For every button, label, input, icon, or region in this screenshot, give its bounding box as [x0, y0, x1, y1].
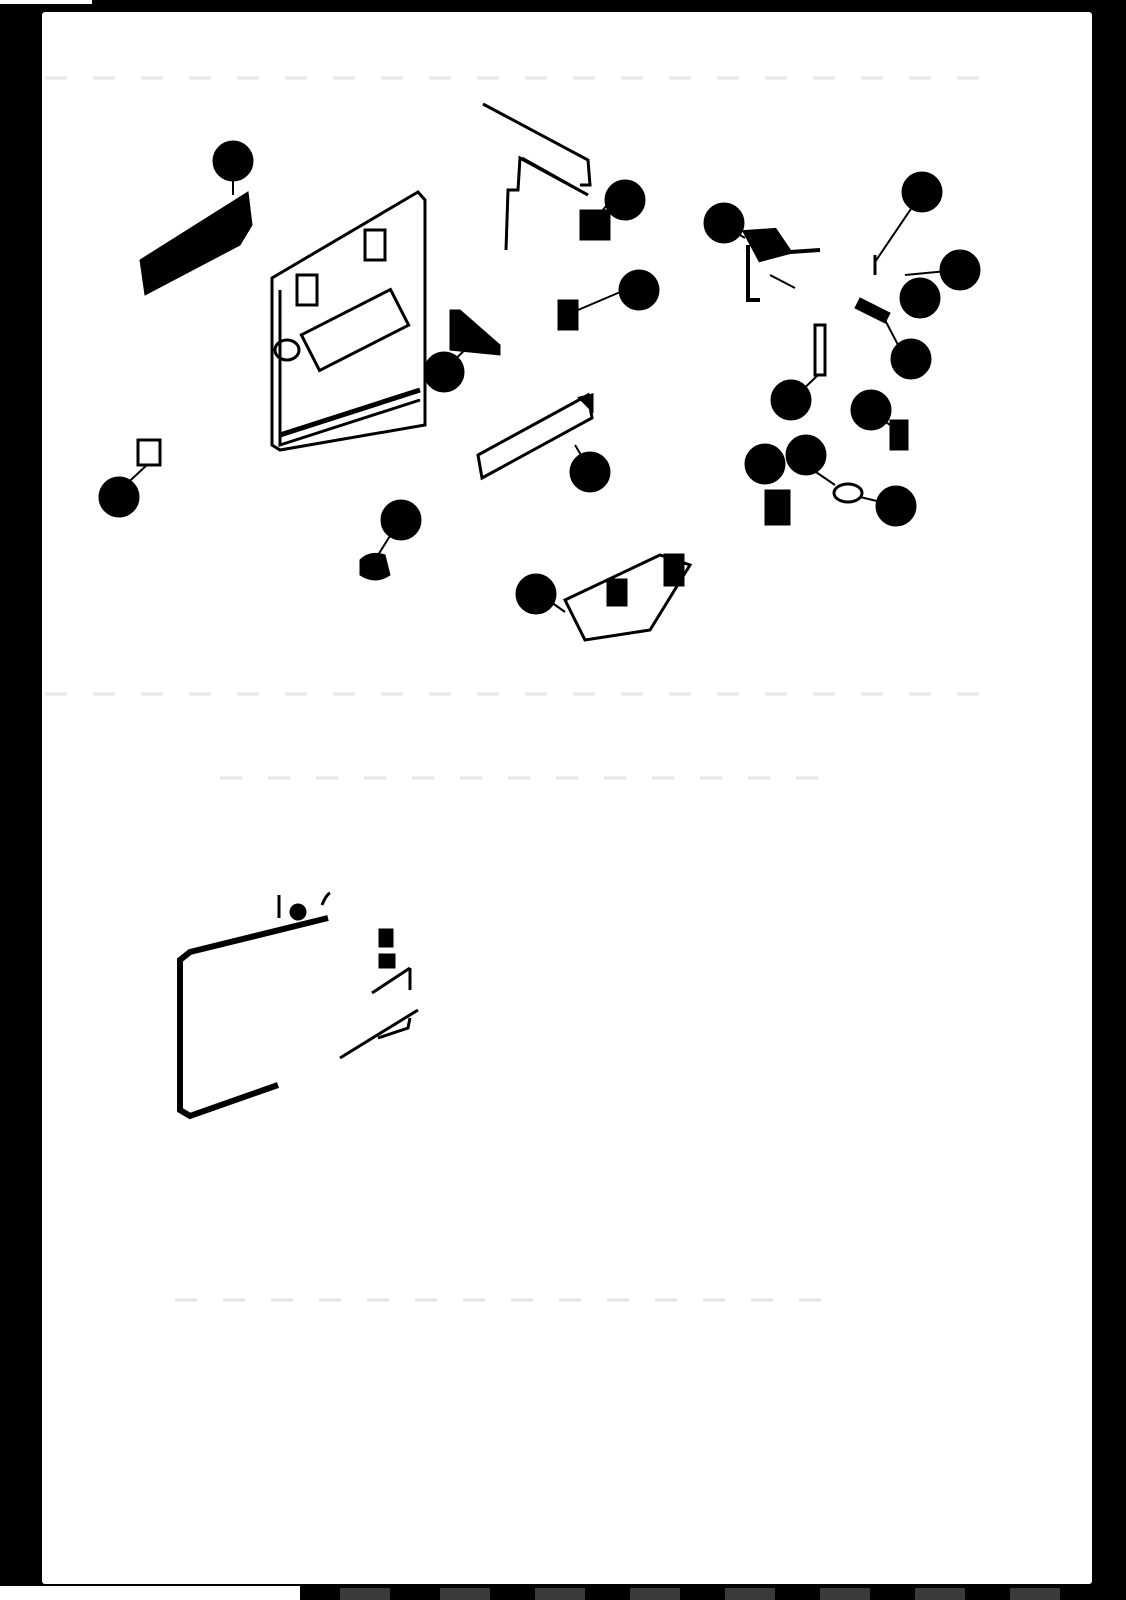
callout-4: [424, 352, 464, 392]
rail-assembly-part: [340, 930, 418, 1058]
callout-11: [940, 250, 980, 290]
callout-19: [290, 904, 306, 920]
callout-9: [704, 203, 744, 243]
knob-lower-part: [360, 553, 390, 580]
callouts: [99, 141, 980, 920]
fastener-part: [834, 484, 862, 502]
callout-8: [516, 574, 556, 614]
callout-18: [876, 486, 916, 526]
callout-7: [381, 500, 421, 540]
callout-14: [771, 380, 811, 420]
callout-15: [851, 390, 891, 430]
callout-5: [570, 452, 610, 492]
wire-rod-part: [483, 104, 590, 250]
clip-part: [580, 210, 610, 240]
hinge-assembly-part: [745, 230, 820, 300]
bottom-tray-part: [565, 555, 690, 640]
callout-16: [745, 444, 785, 484]
callout-3: [619, 270, 659, 310]
door-frame-part: [180, 893, 330, 1116]
lever-part: [815, 325, 825, 375]
exploded-diagram: [0, 0, 1126, 1600]
spring-part: [890, 420, 908, 450]
handle-bracket-part: [450, 310, 500, 355]
control-panel-cover-part: [140, 175, 252, 295]
callout-6: [99, 477, 139, 517]
knob-part: [765, 490, 790, 525]
small-bracket-part: [558, 300, 578, 330]
callout-12: [900, 278, 940, 318]
callout-1: [213, 141, 253, 181]
callout-17: [786, 435, 826, 475]
latch-part: [855, 298, 890, 323]
square-bracket-part: [138, 440, 160, 465]
callout-13: [891, 339, 931, 379]
door-inner-panel-part: [272, 192, 425, 450]
callout-2: [605, 180, 645, 220]
callout-10: [902, 172, 942, 212]
